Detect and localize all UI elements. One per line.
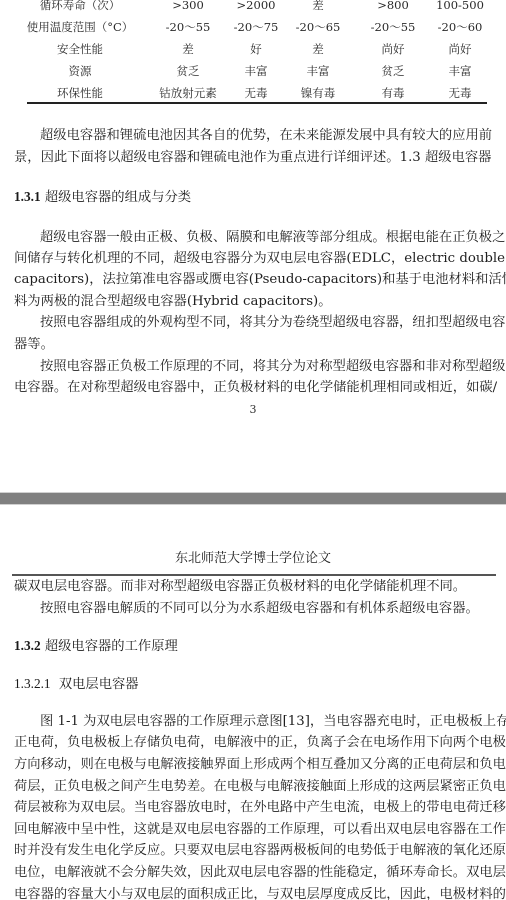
table-cell: 无毒 — [245, 83, 268, 103]
header-rule — [12, 574, 496, 576]
table-row: 安全性能 差 好 差 尚好 尚好 — [0, 39, 506, 59]
text-line: capacitors)，法拉第准电容器或赝电容(Pseudo-capacitor… — [14, 270, 492, 290]
table-row: 环保性能 钴放射元素 无毒 镍有毒 有毒 无毒 — [0, 83, 506, 103]
page-number: 3 — [0, 403, 506, 417]
section-title: 双电层电容器 — [59, 677, 139, 692]
table-row-label: 环保性能 — [57, 83, 103, 103]
section-heading-1-3-2: 1.3.2 超级电容器的工作原理 — [14, 636, 178, 657]
text-line: 料为两极的混合型超级电容器(Hybrid capacitors)。 — [14, 292, 492, 312]
table-row: 资源 贫乏 丰富 丰富 贫乏 丰富 — [0, 61, 506, 81]
section-number: 1.3.2.1 — [14, 676, 51, 691]
table-row-label: 使用温度范围（°C） — [27, 17, 134, 37]
table-cell: 尚好 — [449, 39, 472, 59]
table-cell: -20～60 — [438, 17, 483, 37]
table-row-label: 资源 — [69, 61, 92, 81]
table-cell: 差 — [182, 39, 194, 59]
text-line: 按照电容器正负极工作原理的不同，将其分为对称型超级电容器和非对称型超级 — [40, 357, 492, 377]
text-line: 荷层被称为双电层。当电容器放电时，在外电路中产生电流，电极上的带电电荷迁移 — [14, 798, 492, 818]
table-cell: 无毒 — [449, 83, 472, 103]
text-line: 回电解液中呈中性，这就是双电层电容器的工作原理，可以看出双电层电容器在工作 — [14, 820, 492, 840]
table-cell: 贫乏 — [177, 61, 200, 81]
text-line: 电位，电解液就不会分解失效，因此双电层电容器的性能稳定，循环寿命长。双电层 — [14, 863, 492, 883]
document-page-3: 循环寿命（次） >300 >2000 差 >800 100-500 使用温度范围… — [0, 0, 506, 492]
table-cell: >800 — [377, 0, 409, 15]
table-cell: >2000 — [237, 0, 276, 15]
table-cell: -20～55 — [166, 17, 211, 37]
text-line: 电容器的容量大小与双电层的面积成正比，与双电层厚度成反比，因此，电极材料的 — [14, 885, 492, 900]
page-separator — [0, 492, 506, 505]
table-cell: 差 — [312, 0, 324, 15]
table-cell: 差 — [312, 39, 324, 59]
section-number: 1.3.1 — [14, 189, 41, 204]
table-cell: 丰富 — [449, 61, 472, 81]
text-line: 按照电容器组成的外观构型不同，将其分为卷绕型超级电容器，纽扣型超级电容 — [40, 313, 492, 333]
table-cell: >300 — [172, 0, 204, 15]
table-bottom-rule — [27, 102, 487, 104]
text-line: 按照电容器电解质的不同可以分为水系超级电容器和有机体系超级电容器。 — [40, 599, 492, 619]
table-row: 使用温度范围（°C） -20～55 -20～75 -20～65 -20～55 -… — [0, 17, 506, 37]
table-cell: 100-500 — [436, 0, 484, 15]
section-heading-1-3-1: 1.3.1 超级电容器的组成与分类 — [14, 187, 191, 208]
table-cell: 有毒 — [382, 83, 405, 103]
text-line: 正电荷，负电极板上存储负电荷，电解液中的正，负离子会在电场作用下向两个电极 — [14, 733, 492, 753]
table-cell: 丰富 — [307, 61, 330, 81]
text-line: 器等。 — [14, 335, 492, 355]
text-line: 碳双电层电容器。而非对称型超级电容器正负极材料的电化学储能机理不同。 — [14, 577, 492, 597]
text-line: 超级电容器和锂硫电池因其各自的优势，在未来能源发展中具有较大的应用前 — [40, 126, 492, 146]
table-cell: 钴放射元素 — [159, 83, 217, 103]
table-row-label: 循环寿命（次） — [40, 0, 121, 15]
table-row: 循环寿命（次） >300 >2000 差 >800 100-500 — [0, 0, 506, 15]
text-line: 时并没有发生电化学反应。只要双电层电容器两极板间的电势低于电解液的氧化还原 — [14, 841, 492, 861]
text-line: 图 1-1 为双电层电容器的工作原理示意图[13]，当电容器充电时，正电极板上存… — [40, 712, 492, 732]
table-cell: 尚好 — [382, 39, 405, 59]
section-title: 超级电容器的工作原理 — [45, 639, 178, 654]
text-line: 荷层，正负电极之间产生电势差。在电极与电解液接触面上形成的这两层紧密正负电 — [14, 777, 492, 797]
text-line: 电容器。在对称型超级电容器中，正负极材料的电化学储能机理相同或相近，如碳/ — [14, 378, 492, 398]
table-cell: 贫乏 — [382, 61, 405, 81]
table-cell: 丰富 — [245, 61, 268, 81]
table-cell: 好 — [250, 39, 262, 59]
table-cell: -20～65 — [296, 17, 341, 37]
table-cell: 镍有毒 — [301, 83, 336, 103]
document-page-4: 东北师范大学博士学位论文 碳双电层电容器。而非对称型超级电容器正负极材料的电化学… — [0, 505, 506, 900]
running-header: 东北师范大学博士学位论文 — [0, 549, 506, 569]
section-heading-1-3-2-1: 1.3.2.1 双电层电容器 — [14, 674, 139, 695]
table-cell: -20～75 — [234, 17, 279, 37]
table-cell: -20～55 — [371, 17, 416, 37]
text-line: 方向移动，则在电极与电解液接触界面上形成两个相互叠加又分离的正电荷层和负电 — [14, 755, 492, 775]
text-line: 间储存与转化机理的不同，超级电容器分为双电层电容器(EDLC，electric … — [14, 249, 492, 269]
section-number: 1.3.2 — [14, 638, 41, 653]
text-line: 景，因此下面将以超级电容器和锂硫电池作为重点进行详细评述。1.3 超级电容器 — [14, 148, 492, 168]
section-title: 超级电容器的组成与分类 — [45, 190, 191, 205]
table-row-label: 安全性能 — [57, 39, 103, 59]
text-line: 超级电容器一般由正极、负极、隔膜和电解液等部分组成。根据电能在正负极之 — [40, 228, 492, 248]
